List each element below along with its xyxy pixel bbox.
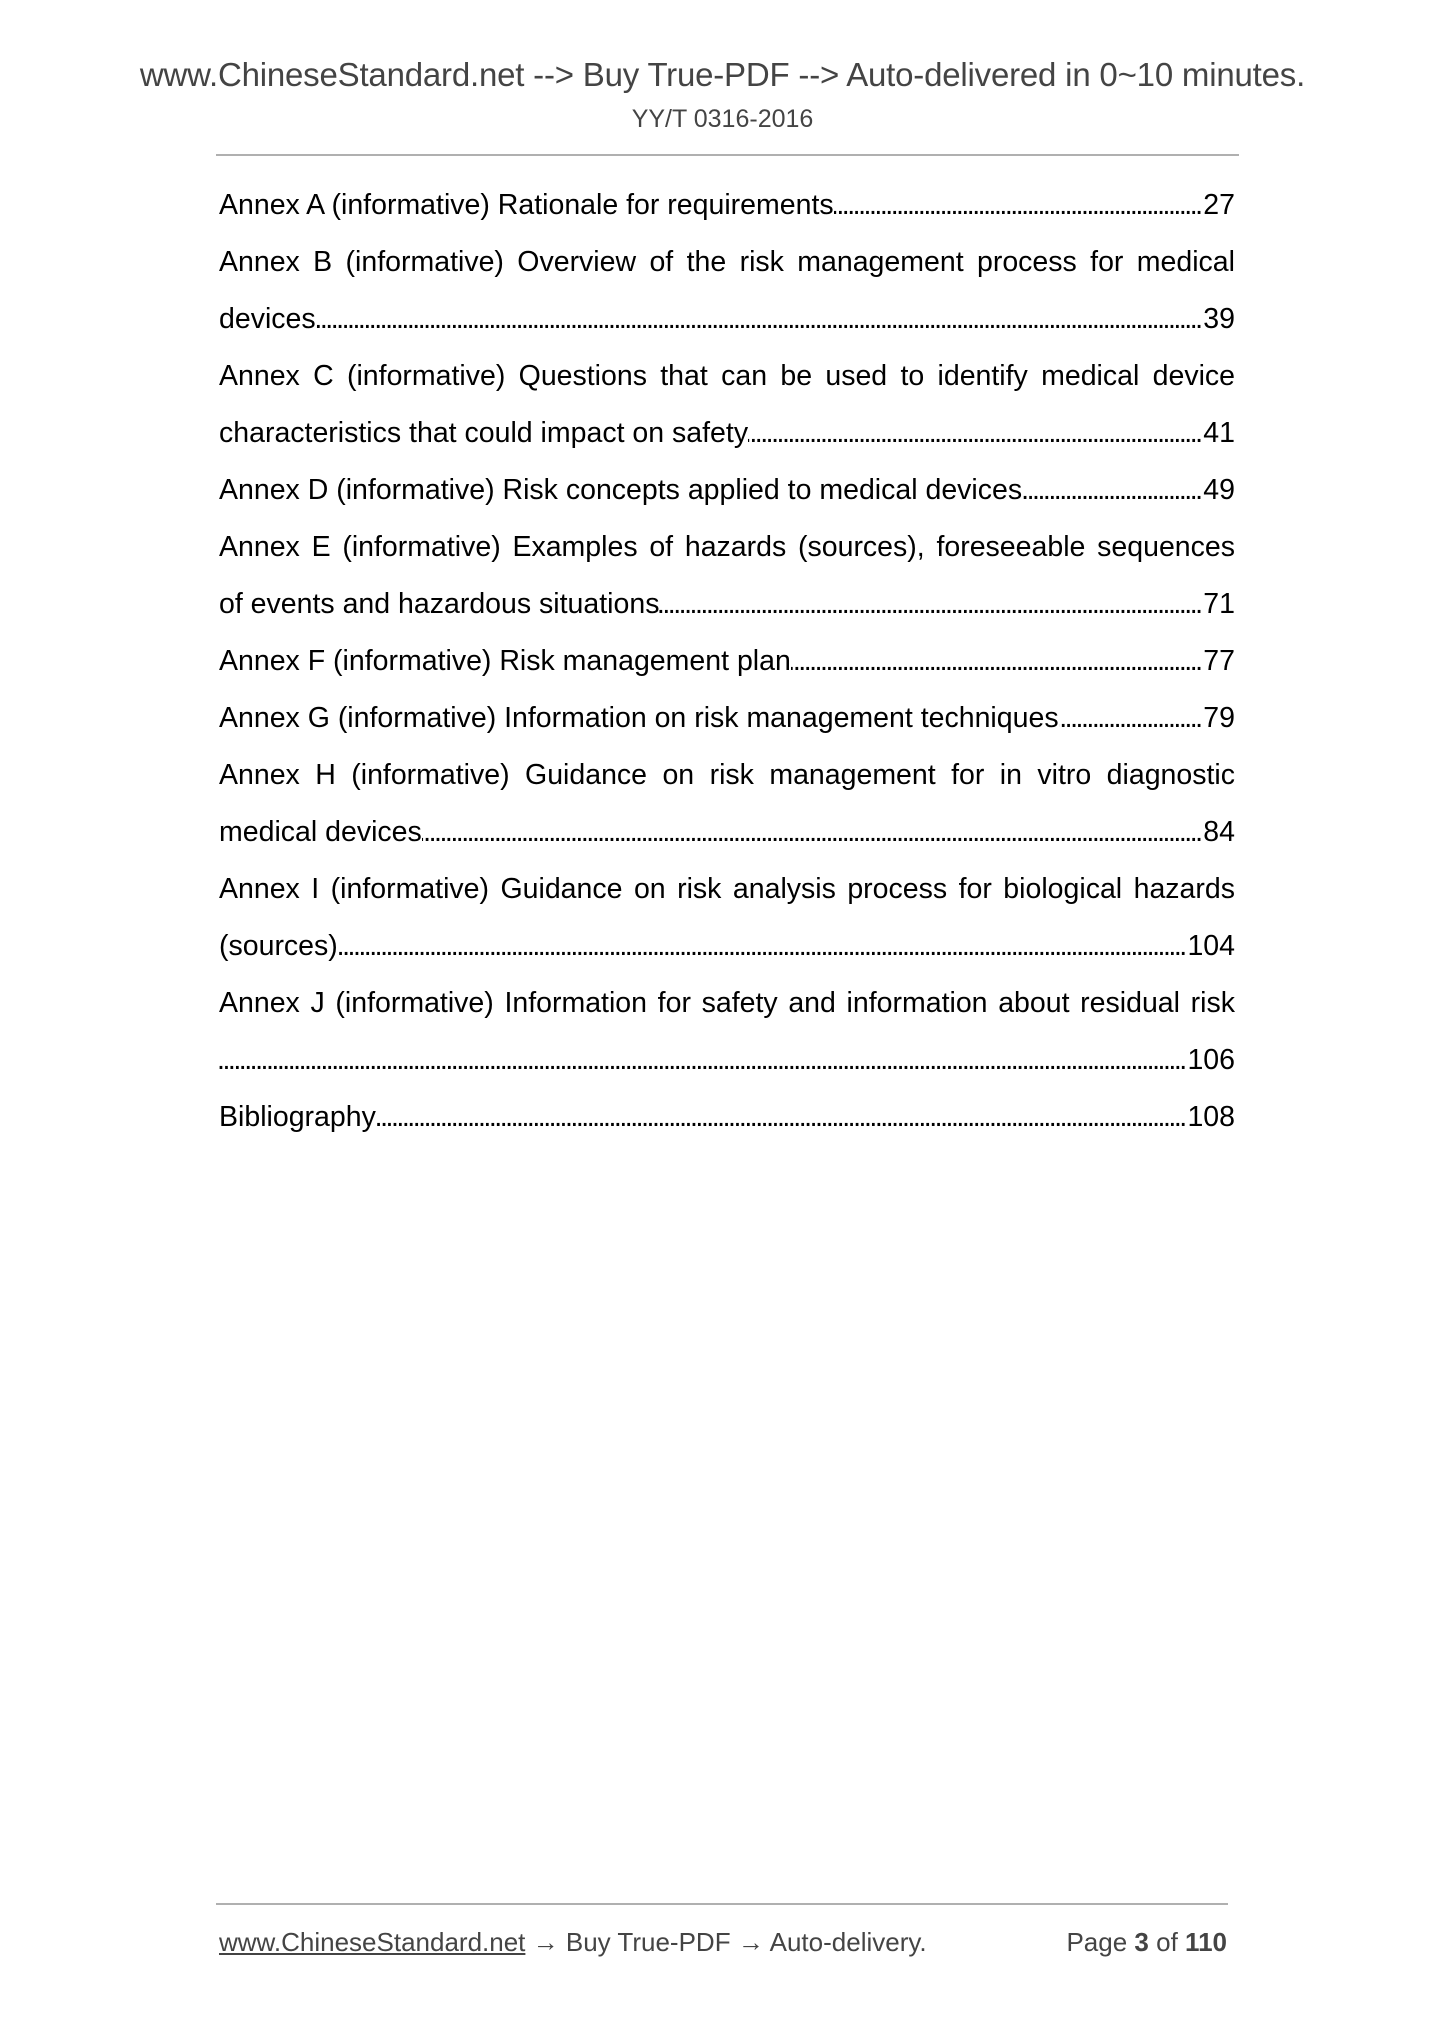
- toc-entry-page: 49: [1203, 462, 1235, 519]
- toc-entry[interactable]: Annex A (informative) Rationale for requ…: [219, 177, 1235, 234]
- footer-promo: www.ChineseStandard.net → Buy True-PDF →…: [219, 1927, 927, 1958]
- toc-entry[interactable]: 106: [219, 1032, 1235, 1089]
- footer-delivery-text: Auto-delivery.: [770, 1927, 927, 1957]
- page-total: 110: [1185, 1927, 1227, 1957]
- toc-entry-title: medical devices: [219, 804, 422, 861]
- toc-entry-title: (sources): [219, 918, 338, 975]
- toc-entry[interactable]: Bibliography108: [219, 1089, 1235, 1146]
- toc-entry-title: Annex J (informative) Information for sa…: [219, 987, 1235, 1019]
- dot-leader: [1059, 690, 1204, 747]
- toc-entry-page: 41: [1203, 405, 1235, 462]
- toc-entry[interactable]: medical devices84: [219, 804, 1235, 861]
- toc-entry[interactable]: devices39: [219, 291, 1235, 348]
- toc-entry-page: 79: [1203, 690, 1235, 747]
- toc-entry-page: 27: [1203, 177, 1235, 234]
- arrow-right-icon: →: [738, 1927, 764, 1957]
- toc-entry-page: 77: [1203, 633, 1235, 690]
- toc-entry[interactable]: (sources)104: [219, 918, 1235, 975]
- toc-entry-title: Annex H (informative) Guidance on risk m…: [219, 759, 1235, 791]
- toc-entry[interactable]: Annex E (informative) Examples of hazard…: [219, 519, 1235, 576]
- dot-leader: [1022, 462, 1203, 519]
- dot-leader: [316, 291, 1204, 348]
- toc-entry[interactable]: Annex C (informative) Questions that can…: [219, 348, 1235, 405]
- toc-entry-title: Annex C (informative) Questions that can…: [219, 360, 1235, 392]
- toc-entry-title: Annex D (informative) Risk concepts appl…: [219, 462, 1022, 519]
- toc-entry-title: Annex E (informative) Examples of hazard…: [219, 531, 1235, 563]
- dot-leader: [376, 1089, 1188, 1146]
- toc-entry[interactable]: characteristics that could impact on saf…: [219, 405, 1235, 462]
- dot-leader: [338, 918, 1188, 975]
- footer-divider: [216, 1903, 1228, 1905]
- toc-entry[interactable]: Annex H (informative) Guidance on risk m…: [219, 747, 1235, 804]
- footer-site-link[interactable]: www.ChineseStandard.net: [219, 1927, 525, 1957]
- footer: www.ChineseStandard.net → Buy True-PDF →…: [219, 1922, 1227, 1962]
- toc-entry[interactable]: Annex G (informative) Information on ris…: [219, 690, 1235, 747]
- toc-entry-title: Annex G (informative) Information on ris…: [219, 690, 1059, 747]
- dot-leader: [659, 576, 1203, 633]
- table-of-contents: Annex A (informative) Rationale for requ…: [219, 177, 1235, 1146]
- toc-entry-page: 39: [1203, 291, 1235, 348]
- header-banner: www.ChineseStandard.net --> Buy True-PDF…: [0, 56, 1445, 94]
- toc-entry[interactable]: Annex I (informative) Guidance on risk a…: [219, 861, 1235, 918]
- header-divider: [216, 154, 1239, 156]
- arrow-right-icon: →: [533, 1927, 559, 1957]
- dot-leader: [219, 1032, 1187, 1089]
- toc-entry-page: 71: [1203, 576, 1235, 633]
- page-of: of: [1156, 1927, 1178, 1957]
- toc-entry-page: 106: [1187, 1032, 1235, 1089]
- toc-entry-title: devices: [219, 291, 316, 348]
- dot-leader: [748, 405, 1203, 462]
- toc-entry-page: 84: [1203, 804, 1235, 861]
- toc-entry-page: 104: [1187, 918, 1235, 975]
- toc-entry[interactable]: of events and hazardous situations71: [219, 576, 1235, 633]
- toc-entry[interactable]: Annex B (informative) Overview of the ri…: [219, 234, 1235, 291]
- toc-entry-title: of events and hazardous situations: [219, 576, 659, 633]
- standard-code: YY/T 0316-2016: [0, 105, 1445, 134]
- page-label: Page: [1066, 1927, 1127, 1957]
- toc-entry-title: Bibliography: [219, 1089, 376, 1146]
- toc-entry[interactable]: Annex J (informative) Information for sa…: [219, 975, 1235, 1032]
- footer-buy-text: Buy True-PDF: [566, 1927, 731, 1957]
- dot-leader: [834, 177, 1204, 234]
- toc-entry[interactable]: Annex F (informative) Risk management pl…: [219, 633, 1235, 690]
- toc-entry-title: characteristics that could impact on saf…: [219, 405, 748, 462]
- dot-leader: [791, 633, 1203, 690]
- page-indicator: Page 3 of 110: [1066, 1927, 1227, 1958]
- toc-entry-title: Annex A (informative) Rationale for requ…: [219, 177, 834, 234]
- toc-entry-title: Annex B (informative) Overview of the ri…: [219, 246, 1235, 278]
- dot-leader: [422, 804, 1204, 861]
- toc-entry-title: Annex F (informative) Risk management pl…: [219, 633, 791, 690]
- toc-entry-title: Annex I (informative) Guidance on risk a…: [219, 873, 1235, 905]
- toc-entry[interactable]: Annex D (informative) Risk concepts appl…: [219, 462, 1235, 519]
- toc-entry-page: 108: [1187, 1089, 1235, 1146]
- page-current: 3: [1134, 1927, 1148, 1957]
